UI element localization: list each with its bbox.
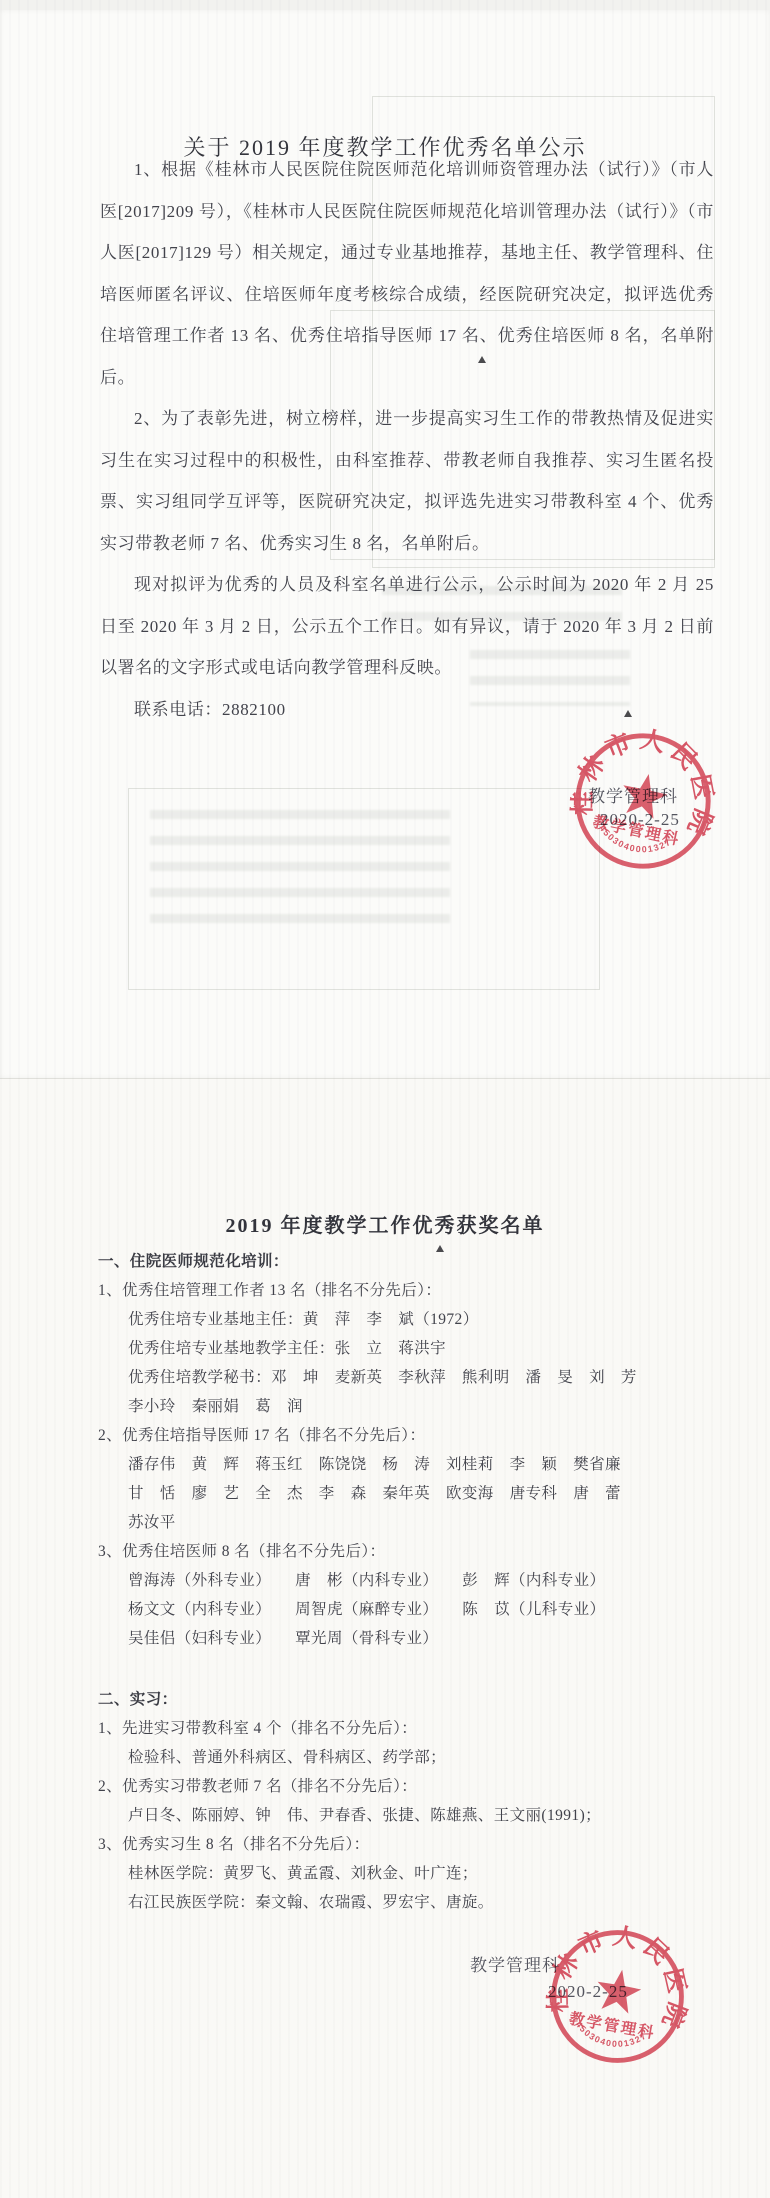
list-line: 李小玲 秦丽娟 葛 润	[98, 1392, 710, 1421]
paragraph: 现对拟评为优秀的人员及科室名单进行公示，公示时间为 2020 年 2 月 25 …	[100, 564, 714, 689]
list-line: 二、实习：	[98, 1685, 710, 1714]
page2-title: 2019 年度教学工作优秀获奖名单	[0, 1209, 770, 1238]
list-line: 优秀住培教学秘书：邓 坤 麦新英 李秋萍 熊利明 潘 旻 刘 芳	[98, 1363, 710, 1392]
page1-body: 1、根据《桂林市人民医院住院医师范化培训师资管理办法（试行）》（市人医[2017…	[100, 149, 714, 730]
bleed-through-box	[128, 788, 600, 990]
list-line: 2、优秀实习带教老师 7 名（排名不分先后）：	[98, 1772, 710, 1801]
list-line: 苏汝平	[98, 1508, 710, 1537]
list-line: 潘存伟 黄 辉 蒋玉红 陈饶饶 杨 涛 刘桂莉 李 颖 樊省廉	[98, 1450, 710, 1479]
list-line: 右江民族医学院：秦文翰、农瑞霞、罗宏宇、唐旋。	[98, 1888, 710, 1917]
list-line: 检验科、普通外科病区、骨科病区、药学部；	[98, 1743, 710, 1772]
paragraph: 2、为了表彰先进，树立榜样，进一步提高实习生工作的带教热情及促进实习生在实习过程…	[100, 398, 714, 564]
list-line: 桂林医学院：黄罗飞、黄孟霞、刘秋金、叶广连；	[98, 1859, 710, 1888]
official-stamp: 桂林市人民医院 教学管理科 4503040001327	[528, 1907, 708, 2087]
page2-body: 一、住院医师规范化培训：1、优秀住培管理工作者 13 名（排名不分先后）：优秀住…	[98, 1247, 710, 1917]
stamp-star-icon	[593, 1966, 644, 2015]
list-line: 优秀住培专业基地教学主任：张 立 蒋洪宇	[98, 1334, 710, 1363]
official-stamp: 桂林市人民医院 教学管理科 4503040001327	[549, 707, 736, 894]
list-line: 1、优秀住培管理工作者 13 名（排名不分先后）：	[98, 1276, 710, 1305]
list-line: 2、优秀住培指导医师 17 名（排名不分先后）：	[98, 1421, 710, 1450]
list-line: 甘 恬 廖 艺 全 杰 李 森 秦年英 欧变海 唐专科 唐 蕾	[98, 1479, 710, 1508]
list-line: 3、优秀实习生 8 名（排名不分先后）：	[98, 1830, 710, 1859]
list-line: 1、先进实习带教科室 4 个（排名不分先后）：	[98, 1714, 710, 1743]
page-2: 2019 年度教学工作优秀获奖名单 一、住院医师规范化培训：1、优秀住培管理工作…	[0, 1078, 770, 2198]
stamp-star-icon	[618, 769, 671, 820]
list-line: 杨文文（内科专业） 周智虎（麻醉专业） 陈 苡（儿科专业）	[98, 1595, 710, 1624]
paragraph: 1、根据《桂林市人民医院住院医师范化培训师资管理办法（试行）》（市人医[2017…	[100, 149, 714, 398]
bleed-through-text	[150, 810, 450, 940]
list-line: 一、住院医师规范化培训：	[98, 1247, 710, 1276]
list-line: 卢日冬、陈丽婷、钟 伟、尹春香、张捷、陈雄燕、王文丽(1991)；	[98, 1801, 710, 1830]
list-line: 3、优秀住培医师 8 名（排名不分先后）：	[98, 1537, 710, 1566]
list-line: 曾海涛（外科专业） 唐 彬（内科专业） 彭 辉（内科专业）	[98, 1566, 710, 1595]
list-line: 优秀住培专业基地主任：黄 萍 李 斌（1972）	[98, 1305, 710, 1334]
scanned-announcement-document: 关于 2019 年度教学工作优秀名单公示 1、根据《桂林市人民医院住院医师范化培…	[0, 0, 770, 2198]
list-line: 吴佳侣（妇科专业） 覃光周（骨科专业）	[98, 1624, 710, 1653]
